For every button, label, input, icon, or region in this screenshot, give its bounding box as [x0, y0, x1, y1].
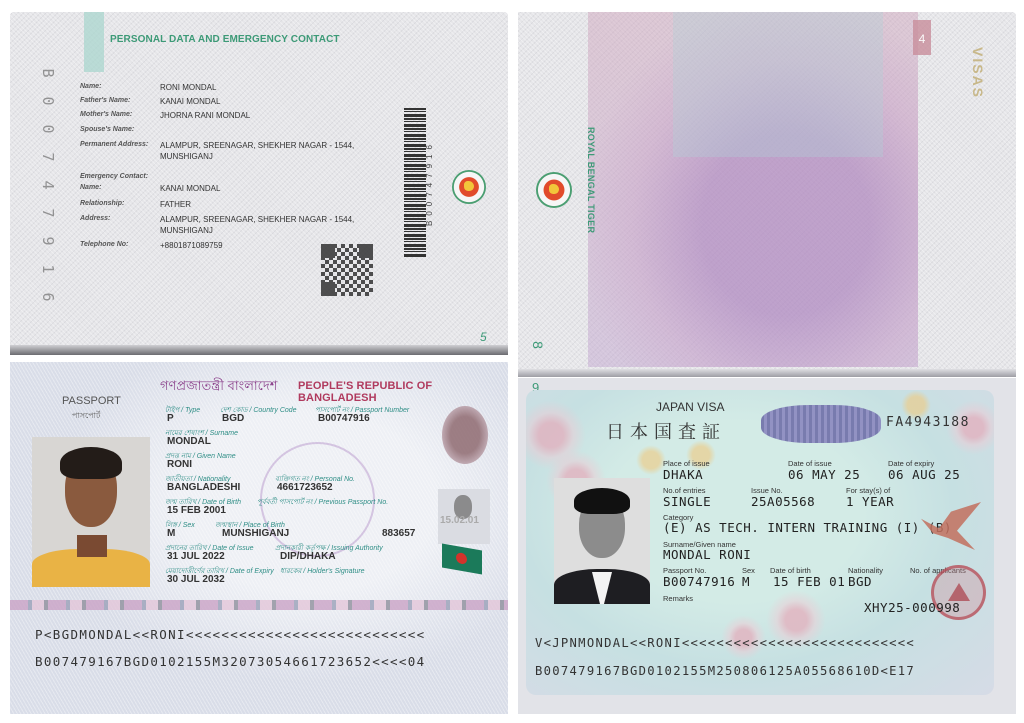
bangladesh-emblem-icon [452, 170, 486, 204]
visa-sticker-page: 9 JAPAN VISA 日本国査証 FA4943188 Place of is… [518, 378, 1016, 714]
page-number-tab: 4 [913, 20, 931, 55]
field-emergency-contact: Emergency Contact: [80, 172, 160, 180]
page-fold [10, 345, 508, 355]
personal-data-page: PERSONAL DATA AND EMERGENCY CONTACT B007… [10, 12, 508, 355]
value-type: P [167, 413, 174, 424]
value-category: (E) AS TECH. INTERN TRAINING (I) (B) [663, 520, 952, 535]
value-nationality: BGD [848, 574, 872, 589]
visa-number: FA4943188 [886, 415, 970, 430]
page-tab [84, 12, 104, 72]
value-surname: MONDAL [167, 436, 211, 447]
page-caption: ROYAL BENGAL TIGER [586, 127, 596, 233]
secondary-photo: 15.02.01 [438, 489, 490, 544]
value-sex: M [167, 528, 175, 539]
field-permanent-address: Permanent Address:ALAMPUR, SREENAGAR, SH… [80, 140, 354, 162]
hologram [761, 405, 881, 443]
perforated-number: B00747916 [34, 60, 54, 310]
mrz-line-2: B007479167BGD0102155M32073054661723652<<… [35, 654, 426, 669]
value-name: MONDAL RONI [663, 547, 751, 562]
label-previous-passport: পূর্ববর্তী পাসপোর্ট নং / Previous Passpo… [257, 496, 388, 508]
value-serial: 883657 [382, 528, 415, 539]
country-title-bn: গণপ্রজাতন্ত্রী বাংলাদেশ [160, 377, 277, 398]
qr-code [321, 244, 373, 296]
ghost-image [442, 406, 488, 464]
value-issuing-authority: DIP/DHAKA [280, 551, 336, 562]
value-passport-no: B00747916 [663, 574, 735, 589]
bangladesh-flag-icon [442, 543, 482, 574]
security-strip [10, 600, 508, 610]
field-spouse-name: Spouse's Name: [80, 125, 160, 133]
visas-header: VISAS [970, 47, 986, 99]
value-given-name: RONI [167, 459, 192, 470]
value-stay: 1 YEAR [846, 494, 894, 509]
value-date-of-expiry: 06 AUG 25 [888, 467, 960, 482]
mrz-line-1: V<JPNMONDAL<<RONI<<<<<<<<<<<<<<<<<<<<<<<… [535, 636, 915, 650]
holder-photo [32, 437, 150, 587]
value-place-of-issue: DHAKA [663, 467, 703, 482]
page-number: 5 [480, 330, 487, 344]
country-title-en: PEOPLE'S REPUBLIC OF BANGLADESH [298, 380, 508, 404]
value-personal-no: 4661723652 [277, 482, 333, 493]
japan-visa-sticker: JAPAN VISA 日本国査証 FA4943188 Place of issu… [526, 390, 994, 695]
value-sex: M [742, 574, 750, 589]
visa-title-jp: 日本国査証 [606, 418, 726, 444]
value-entries: SINGLE [663, 494, 711, 509]
label-remarks: Remarks [663, 594, 693, 603]
value-dob: 15 FEB 2001 [167, 505, 226, 516]
barcode [404, 108, 426, 258]
value-date-of-issue: 06 MAY 25 [788, 467, 860, 482]
visa-title: JAPAN VISA [656, 400, 724, 414]
page-title: PERSONAL DATA AND EMERGENCY CONTACT [110, 34, 340, 45]
value-date-of-issue: 31 JUL 2022 [167, 551, 225, 562]
bangladesh-emblem-icon [536, 172, 572, 208]
barcode-number: B00747916 [425, 108, 437, 258]
page-fold [518, 369, 1016, 377]
field-telephone: Telephone No:+8801871089759 [80, 240, 223, 251]
passport-data-page: PASSPORT পাসপোর্ট গণপ্রজাতন্ত্রী বাংলাদে… [10, 362, 508, 714]
mrz-line-1: P<BGDMONDAL<<RONI<<<<<<<<<<<<<<<<<<<<<<<… [35, 627, 426, 642]
page-number: 8 [530, 341, 546, 349]
value-place-of-birth: MUNSHIGANJ [222, 528, 289, 539]
value-dob: 15 FEB 01 [773, 574, 845, 589]
field-emergency-name: Name:KANAI MONDAL [80, 183, 220, 194]
value-passport-number: B00747916 [318, 413, 370, 424]
field-name: Name:RONI MONDAL [80, 82, 216, 93]
value-country-code: BGD [222, 413, 244, 424]
field-address: Address:ALAMPUR, SREENAGAR, SHEKHER NAGA… [80, 214, 354, 236]
value-date-of-expiry: 30 JUL 2032 [167, 574, 225, 585]
mrz-line-2: B007479167BGD0102155M250806125A05568610D… [535, 664, 915, 678]
value-nationality: BANGLADESHI [167, 482, 240, 493]
holder-photo [554, 478, 650, 604]
visa-page: ROYAL BENGAL TIGER 4 VISAS 8 [518, 12, 1016, 377]
field-mother-name: Mother's Name:JHORNA RANI MONDAL [80, 110, 250, 121]
label-signature: ধারকের / Holder's Signature [280, 565, 365, 577]
field-father-name: Father's Name:KANAI MONDAL [80, 96, 220, 107]
passport-label: PASSPORT [62, 395, 121, 407]
value-reference: XHY25-000998 [864, 600, 960, 615]
paper-crane-icon [921, 502, 981, 550]
field-relationship: Relationship:FATHER [80, 199, 191, 210]
value-issue-no: 25A05568 [751, 494, 815, 509]
passport-label-bn: পাসপোর্ট [72, 410, 100, 423]
